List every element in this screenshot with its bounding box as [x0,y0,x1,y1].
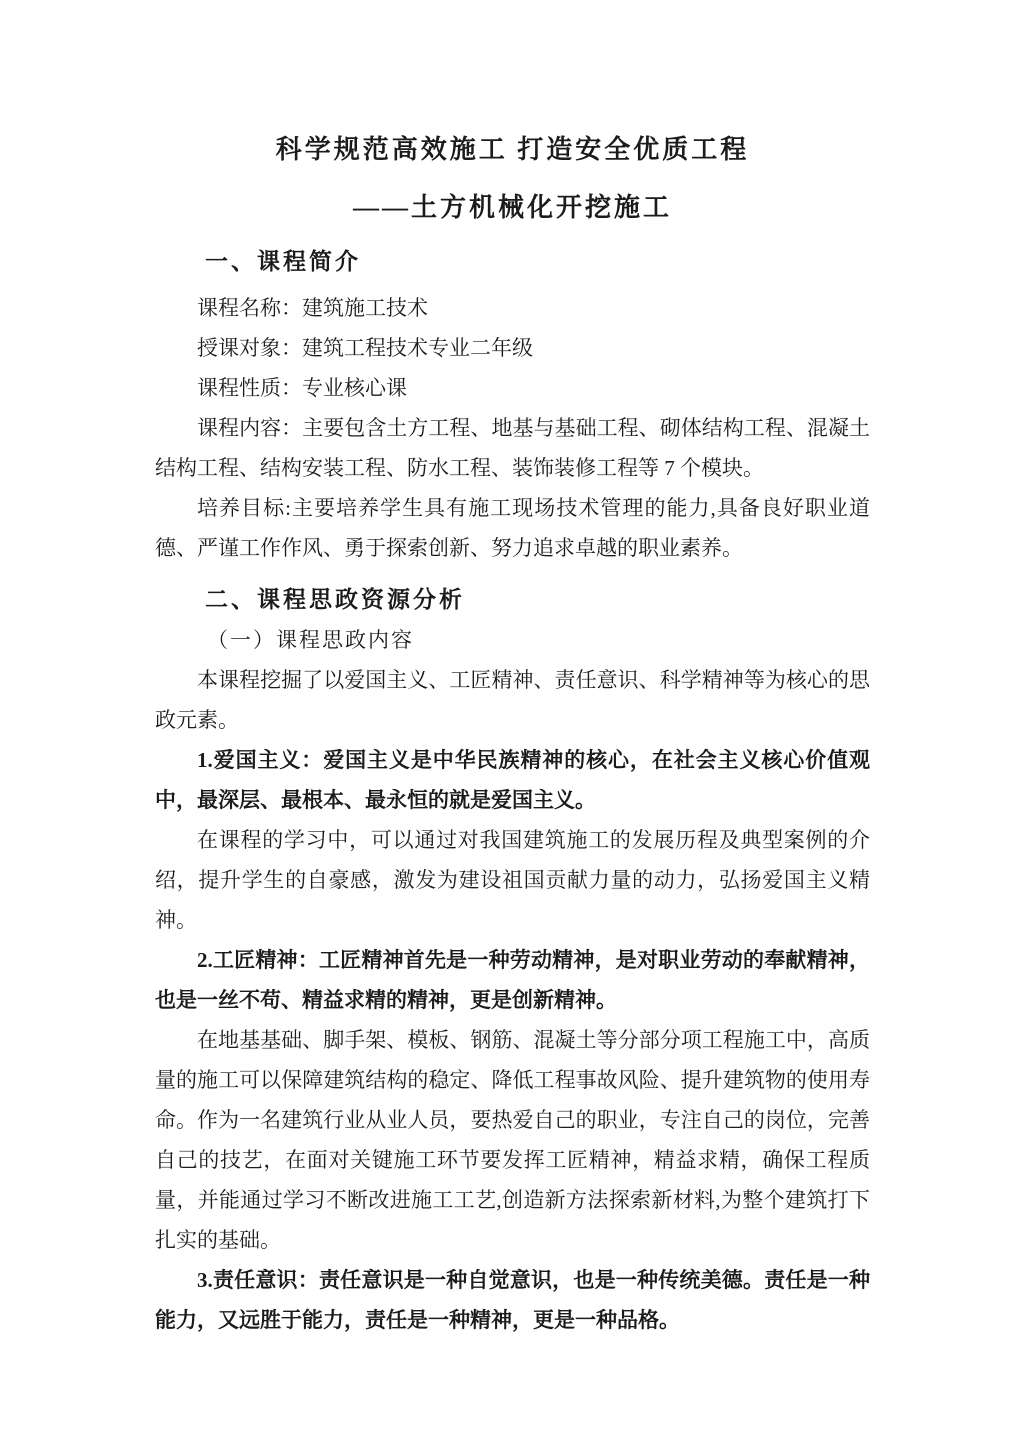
document-page: 科学规范高效施工 打造安全优质工程 ——土方机械化开挖施工 一、课程简介 课程名… [0,0,1024,1448]
craftsman-detail-paragraph: 在地基基础、脚手架、模板、钢筋、混凝土等分部分项工程施工中，高质量的施工可以保障… [155,1020,870,1260]
responsibility-paragraph: 3.责任意识：责任意识是一种自觉意识，也是一种传统美德。责任是一种能力，又远胜于… [155,1260,870,1340]
craftsman-spirit-paragraph: 2.工匠精神：工匠精神首先是一种劳动精神，是对职业劳动的奉献精神，也是一丝不苟、… [155,940,870,1020]
document-content: 科学规范高效施工 打造安全优质工程 ——土方机械化开挖施工 一、课程简介 课程名… [155,134,870,1340]
training-goal-paragraph: 培养目标:主要培养学生具有施工现场技术管理的能力,具备良好职业道德、严谨工作作风… [155,488,870,568]
course-audience-line: 授课对象：建筑工程技术专业二年级 [155,328,870,368]
section-heading-course-intro: 一、课程简介 [155,246,870,278]
document-title: 科学规范高效施工 打造安全优质工程 [155,134,870,166]
course-content-paragraph: 课程内容：主要包含土方工程、地基与基础工程、砌体结构工程、混凝土结构工程、结构安… [155,408,870,488]
course-type-line: 课程性质：专业核心课 [155,368,870,408]
section-heading-ideology-analysis: 二、课程思政资源分析 [155,584,870,616]
document-subtitle: ——土方机械化开挖施工 [155,192,870,224]
ideology-elements-paragraph: 本课程挖掘了以爱国主义、工匠精神、责任意识、科学精神等为核心的思政元素。 [155,660,870,740]
patriotism-detail-paragraph: 在课程的学习中，可以通过对我国建筑施工的发展历程及典型案例的介绍，提升学生的自豪… [155,820,870,940]
subsection-heading-ideology-content: （一）课程思政内容 [155,624,870,656]
patriotism-paragraph: 1.爱国主义：爱国主义是中华民族精神的核心，在社会主义核心价值观中，最深层、最根… [155,740,870,820]
course-name-line: 课程名称：建筑施工技术 [155,288,870,328]
